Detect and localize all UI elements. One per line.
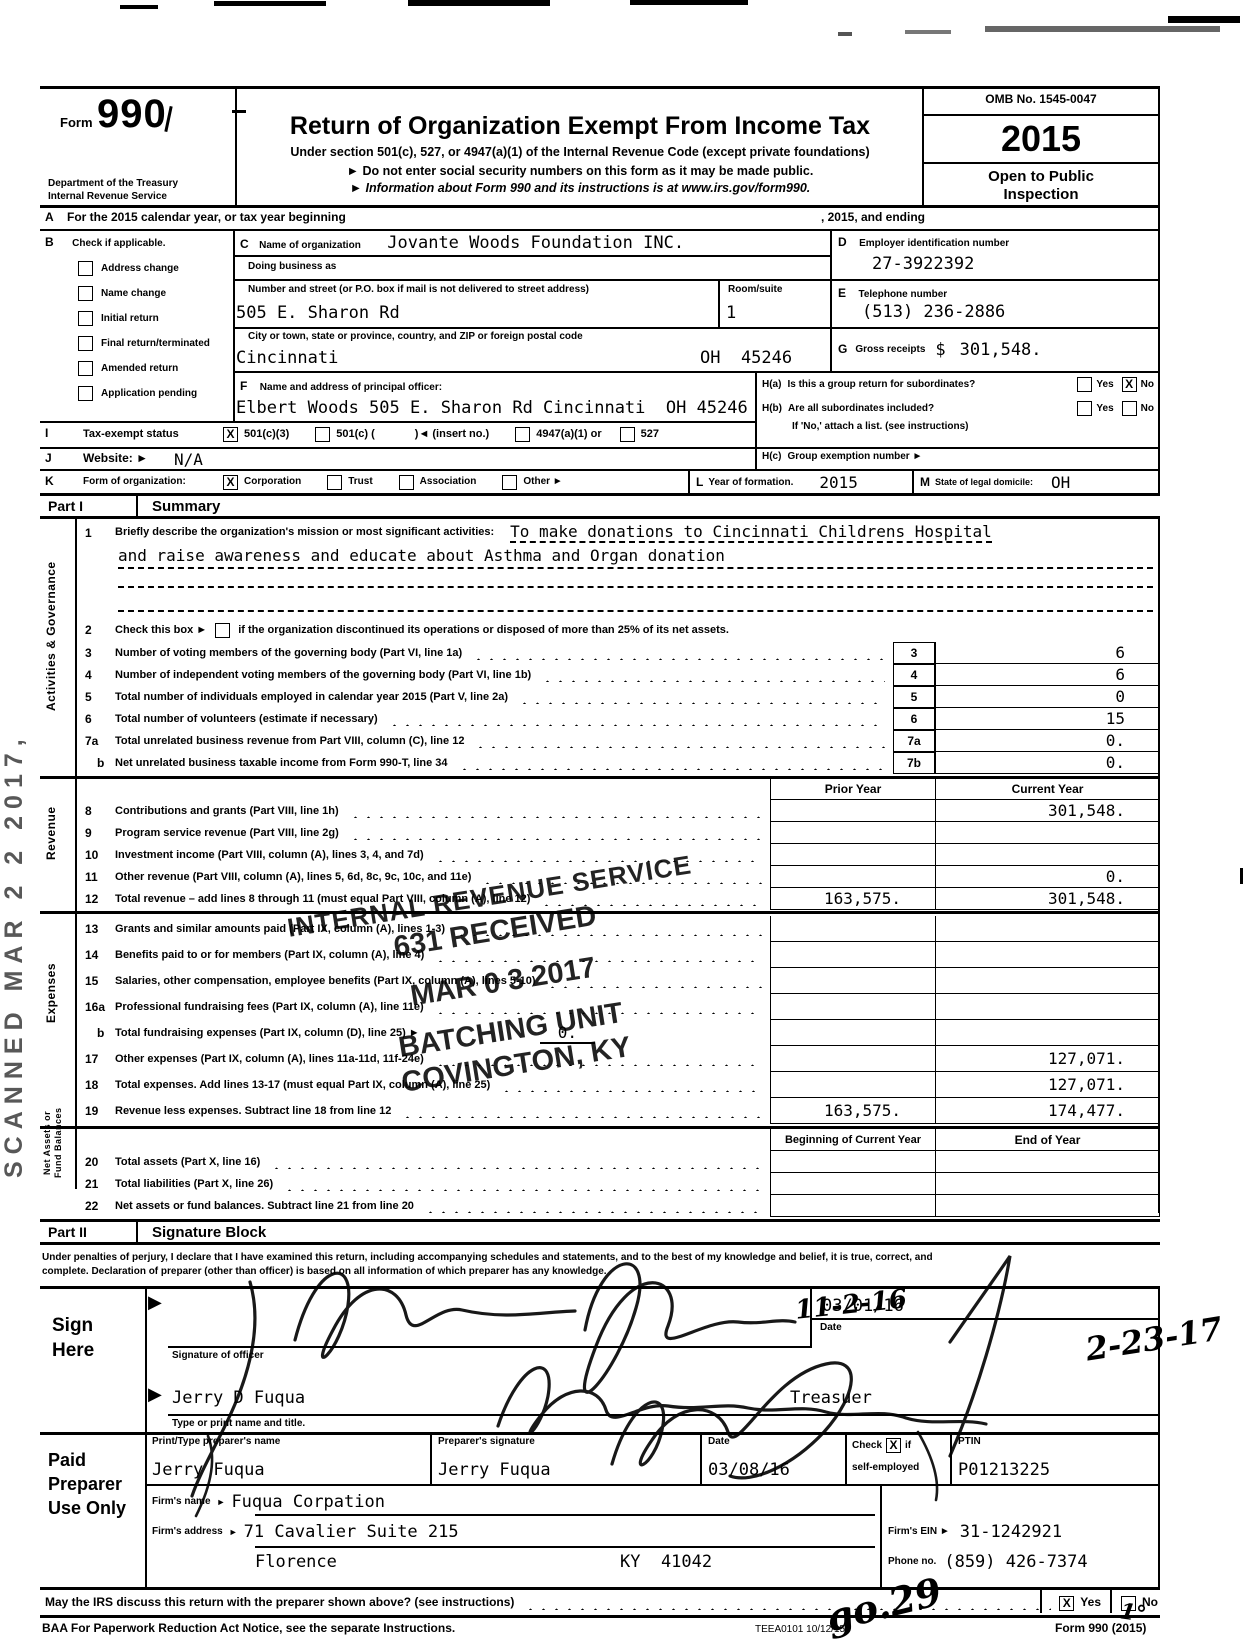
- dept-treasury: Department of the Treasury: [48, 178, 178, 190]
- website-label: Website: ►: [83, 452, 148, 466]
- dot-leader: [516, 690, 885, 704]
- legal-domicile: M State of legal domicile: OH: [920, 473, 1070, 492]
- inspection: Inspection: [922, 186, 1160, 203]
- row-a-text2: , 2015, and ending: [821, 211, 925, 225]
- ha-row: H(a) Is this a group return for subordin…: [762, 377, 1154, 392]
- net-line-20: 20 Total assets (Part X, line 16): [85, 1151, 1160, 1173]
- check-name-change: Name change: [78, 281, 210, 306]
- check-amended-return: Amended return: [78, 356, 210, 381]
- application-pending-checkbox[interactable]: [78, 386, 93, 401]
- preparer-name-label: Print/Type preparer's name: [152, 1436, 280, 1448]
- status-527-checkbox[interactable]: [620, 427, 635, 442]
- status-501c-checkbox[interactable]: [315, 427, 330, 442]
- discontinued-label: if the organization discontinued its ope…: [238, 624, 729, 637]
- officer-typed-name[interactable]: Jerry D Fuqua: [172, 1388, 305, 1408]
- prior-value[interactable]: 163,575.: [770, 1098, 935, 1124]
- self-employed-checkbox[interactable]: X: [886, 1438, 901, 1453]
- ptin-value[interactable]: P01213225: [958, 1460, 1050, 1480]
- corporation-label: Corporation: [244, 476, 301, 488]
- net-line-22: 22 Net assets or fund balances. Subtract…: [85, 1195, 1160, 1217]
- year-formation-label: Year of formation.: [708, 477, 793, 489]
- line-box-number: 6: [893, 708, 935, 730]
- self-employed-label: self-employed: [852, 1462, 919, 1474]
- dot-leader: [347, 826, 762, 840]
- line-number: 9: [85, 826, 115, 840]
- summary-line-7b: b Net unrelated business taxable income …: [85, 752, 1160, 774]
- insert-no-label: )◄ (insert no.): [415, 428, 489, 441]
- section-b-letter: B: [45, 235, 54, 249]
- line-number: 19: [85, 1104, 115, 1118]
- summary-line-3: 3 Number of voting members of the govern…: [85, 642, 1160, 664]
- preparer-name-value[interactable]: Jerry Fuqua: [152, 1460, 265, 1480]
- scan-artifact: [838, 32, 852, 36]
- use-only-label: Use Only: [48, 1498, 126, 1519]
- balance-columns-header: Beginning of Current Year End of Year: [770, 1129, 1160, 1151]
- section-b: B Check if applicable.: [45, 233, 166, 251]
- firm-ein-row: Firm's EIN ► 31-1242921: [888, 1522, 1062, 1542]
- form-990-page: Form 990 Department of the Treasury Inte…: [0, 0, 1248, 1647]
- row-a: A For the 2015 calendar year, or tax yea…: [45, 209, 1155, 227]
- line-number: 20: [85, 1155, 115, 1169]
- summary-line-5: 5 Total number of individuals employed i…: [85, 686, 1160, 708]
- part1-title: Summary: [138, 496, 220, 516]
- begin-value[interactable]: [770, 1151, 935, 1173]
- hb-question: Are all subordinates included?: [788, 403, 1077, 415]
- sign-arrow-1: ▶: [148, 1292, 162, 1313]
- ha-no-checkbox[interactable]: X: [1122, 377, 1137, 392]
- signature-officer-label: Signature of officer: [172, 1350, 264, 1362]
- dba-label: Doing business as: [248, 261, 336, 273]
- line-6-value[interactable]: 15: [935, 708, 1160, 730]
- summary-line-6: 6 Total number of volunteers (estimate i…: [85, 708, 1160, 730]
- begin-value[interactable]: [770, 1195, 935, 1217]
- section-d-letter: D: [838, 235, 847, 249]
- line-box-number: 5: [893, 686, 935, 708]
- prior-year-header: Prior Year: [770, 778, 935, 800]
- hb-yes-checkbox[interactable]: [1077, 401, 1092, 416]
- check-self-employed-row: Check X if: [852, 1438, 911, 1453]
- end-value[interactable]: [935, 1173, 1160, 1195]
- association-checkbox[interactable]: [399, 475, 414, 490]
- scan-artifact: [1168, 16, 1240, 23]
- current-value[interactable]: [935, 994, 1160, 1020]
- line-number: b: [85, 1026, 115, 1040]
- other-checkbox[interactable]: [502, 475, 517, 490]
- dot-leader: [281, 1177, 762, 1191]
- end-year-header: End of Year: [935, 1129, 1160, 1151]
- officer-signature-2-stroke: [498, 1368, 986, 1433]
- net-line-21: 21 Total liabilities (Part X, line 26): [85, 1173, 1160, 1195]
- checklist-b: Address change Name change Initial retur…: [78, 256, 210, 406]
- room-suite-label: Room/suite: [728, 284, 782, 296]
- expense-line-19: 19 Revenue less expenses. Subtract line …: [85, 1098, 1160, 1124]
- dot-leader: [386, 712, 885, 726]
- officer-date-label: Date: [820, 1322, 842, 1334]
- hc-letter: H(c): [762, 451, 781, 463]
- principal-officer-row: F Name and address of principal officer:: [240, 377, 442, 395]
- revenue-line-8: 8 Contributions and grants (Part VIII, l…: [85, 800, 1160, 822]
- address-change-checkbox[interactable]: [78, 261, 93, 276]
- ha-yes-checkbox[interactable]: [1077, 377, 1092, 392]
- line-number: 14: [85, 948, 115, 962]
- current-value[interactable]: 301,548.: [935, 800, 1160, 822]
- line-1-number: 1: [85, 526, 115, 540]
- line-label: Other revenue (Part VIII, column (A), li…: [115, 871, 471, 884]
- officer-signature-stroke: [584, 1264, 795, 1392]
- org-name-row: C Name of organization Jovante Woods Fou…: [240, 233, 684, 253]
- line-number: 21: [85, 1177, 115, 1191]
- beginning-year-header: Beginning of Current Year: [770, 1129, 935, 1151]
- tax-exempt-row: I Tax-exempt status X 501(c)(3) 501(c) (…: [45, 425, 659, 443]
- mission-label: Briefly describe the organization's miss…: [115, 526, 494, 539]
- trust-checkbox[interactable]: [327, 475, 342, 490]
- section-e-letter: E: [838, 286, 846, 300]
- ptin-label: PTIN: [958, 1436, 981, 1448]
- dot-leader: [399, 1104, 762, 1118]
- summary-line-4: 4 Number of independent voting members o…: [85, 664, 1160, 686]
- prior-value[interactable]: [770, 1072, 935, 1098]
- irs-label: Internal Revenue Service: [48, 191, 167, 203]
- handwritten-note: go.29: [821, 1568, 946, 1640]
- discuss-row: May the IRS discuss this return with the…: [45, 1592, 1158, 1614]
- current-value[interactable]: 0.: [935, 866, 1160, 888]
- check-label: Application pending: [101, 388, 197, 400]
- sidebar-activities-governance: Activities & Governance: [44, 524, 70, 749]
- summary-line-7a: 7a Total unrelated business revenue from…: [85, 730, 1160, 752]
- line-label: Total liabilities (Part X, line 26): [115, 1178, 273, 1191]
- line-box-number: 3: [893, 642, 935, 664]
- form-title: Return of Organization Exempt From Incom…: [240, 112, 920, 141]
- dollar-sign: $: [935, 340, 945, 360]
- hb-yes-label: Yes: [1096, 403, 1113, 415]
- line-number: 18: [85, 1078, 115, 1092]
- firm-ein-value[interactable]: 31-1242921: [960, 1522, 1062, 1542]
- row-m-letter: M: [920, 476, 930, 490]
- gross-receipts-row: G Gross receipts $ 301,548.: [838, 340, 1042, 360]
- line-label: Program service revenue (Part VIII, line…: [115, 827, 339, 840]
- baa-notice: BAA For Paperwork Reduction Act Notice, …: [42, 1622, 455, 1636]
- line-number: 7a: [85, 734, 115, 748]
- org-form-label: Form of organization:: [83, 476, 223, 488]
- final-return-checkbox[interactable]: [78, 336, 93, 351]
- firm-phone-label: Phone no.: [888, 1556, 936, 1568]
- line-number: 12: [85, 892, 115, 906]
- scanned-date-stamp: SCANNED MAR 2 2 2017,: [0, 742, 36, 1178]
- scan-artifact: [1240, 868, 1243, 884]
- status-501c3-checkbox[interactable]: X: [223, 427, 238, 442]
- part1-label: Part I: [40, 496, 138, 516]
- form-word: Form: [60, 115, 93, 130]
- line-7a-value[interactable]: 0.: [935, 730, 1160, 752]
- principal-officer-value[interactable]: Elbert Woods 505 E. Sharon Rd Cincinnati…: [236, 398, 748, 418]
- check-application-pending: Application pending: [78, 381, 210, 406]
- line-number: 6: [85, 712, 115, 726]
- check-label: Amended return: [101, 363, 178, 375]
- dot-leader: [522, 1596, 1051, 1610]
- dot-leader: [498, 1078, 762, 1092]
- line-label: Number of independent voting members of …: [115, 669, 531, 682]
- line-number: 16a: [85, 1000, 115, 1014]
- prior-value[interactable]: [770, 942, 935, 968]
- mission-row-2[interactable]: and raise awareness and educate about As…: [118, 546, 1153, 569]
- row-a-letter: A: [45, 211, 67, 225]
- begin-value[interactable]: [770, 1173, 935, 1195]
- row-a-text: For the 2015 calendar year, or tax year …: [67, 211, 346, 225]
- current-value[interactable]: [935, 822, 1160, 844]
- ha-question: Is this a group return for subordinates?: [787, 379, 1077, 391]
- hb-no-label: No: [1141, 403, 1154, 415]
- line-number: 22: [85, 1199, 115, 1213]
- check-label: Initial return: [101, 313, 159, 325]
- dot-leader: [456, 756, 885, 770]
- perjury-line-1: Under penalties of perjury, I declare th…: [42, 1252, 1152, 1264]
- prior-value[interactable]: 163,575.: [770, 888, 935, 910]
- prior-value[interactable]: [770, 916, 935, 942]
- ha-no-label: No: [1141, 379, 1154, 391]
- firm-name-row: Firm's name ► Fuqua Corpation: [152, 1492, 385, 1512]
- firm-address-label: Firm's address: [152, 1526, 223, 1538]
- line-3-value[interactable]: 6: [935, 642, 1160, 664]
- name-change-checkbox[interactable]: [78, 286, 93, 301]
- room-suite-value[interactable]: 1: [726, 303, 736, 323]
- line-box-number: 4: [893, 664, 935, 686]
- section-g-letter: G: [838, 343, 847, 357]
- part1-bar: Part I Summary: [40, 493, 1160, 519]
- prior-value[interactable]: [770, 1020, 935, 1046]
- line-5-value[interactable]: 0: [935, 686, 1160, 708]
- dot-leader: [470, 646, 885, 660]
- line-label: Net assets or fund balances. Subtract li…: [115, 1200, 414, 1213]
- end-value[interactable]: [935, 1195, 1160, 1217]
- line-number: 5: [85, 690, 115, 704]
- city-label: City or town, state or province, country…: [248, 331, 583, 343]
- line-number: b: [85, 756, 115, 770]
- preparer-date-value[interactable]: 03/08/16: [708, 1460, 790, 1480]
- association-label: Association: [420, 476, 477, 488]
- corporation-checkbox[interactable]: X: [223, 475, 238, 490]
- gross-receipts-value[interactable]: 301,548.: [960, 340, 1042, 360]
- sidebar-expenses: Expenses: [44, 893, 70, 1093]
- mission-row-1: 1 Briefly describe the organization's mi…: [85, 522, 1153, 543]
- hb-note: If 'No,' attach a list. (see instruction…: [792, 421, 968, 433]
- hb-letter: H(b): [762, 403, 782, 415]
- line-4-value[interactable]: 6: [935, 664, 1160, 686]
- dot-leader: [347, 804, 762, 818]
- current-year-header: Current Year: [935, 778, 1160, 800]
- initial-return-checkbox[interactable]: [78, 311, 93, 326]
- discuss-yes-checkbox[interactable]: X: [1059, 1596, 1074, 1611]
- status-527-label: 527: [641, 428, 659, 441]
- form-bullet-2: ► Information about Form 990 and its ins…: [240, 181, 920, 195]
- form-bullet-1: ► Do not enter social security numbers o…: [240, 164, 920, 178]
- line-7b-value[interactable]: 0.: [935, 752, 1160, 774]
- ein-value[interactable]: 27-3922392: [872, 254, 974, 274]
- legal-domicile-value[interactable]: OH: [1051, 473, 1070, 492]
- check-if-label: if: [905, 1440, 911, 1452]
- scan-artifact: [985, 26, 1220, 32]
- amended-return-checkbox[interactable]: [78, 361, 93, 376]
- end-value[interactable]: [935, 1151, 1160, 1173]
- current-value[interactable]: 301,548.: [935, 888, 1160, 910]
- current-value[interactable]: 174,477.: [935, 1098, 1160, 1124]
- firm-name-value[interactable]: Fuqua Corpation: [231, 1492, 385, 1512]
- type-print-label: Type or print name and title.: [172, 1418, 305, 1430]
- hc-label: Group exemption number ►: [787, 451, 922, 463]
- street-label: Number and street (or P.O. box if mail i…: [248, 284, 589, 296]
- dot-leader: [539, 668, 885, 682]
- line-label: Contributions and grants (Part VIII, lin…: [115, 805, 339, 818]
- officer-title[interactable]: Treasuer: [790, 1388, 872, 1408]
- year-formation-value[interactable]: 2015: [819, 473, 858, 492]
- status-4947-checkbox[interactable]: [515, 427, 530, 442]
- principal-officer-label: Name and address of principal officer:: [260, 382, 442, 393]
- sign-label: Sign: [52, 1315, 93, 1337]
- prior-value[interactable]: [770, 994, 935, 1020]
- form-subtitle: Under section 501(c), 527, or 4947(a)(1)…: [240, 145, 920, 159]
- year-columns-header: Prior Year Current Year: [770, 778, 1160, 800]
- mission-value-1[interactable]: To make donations to Cincinnati Children…: [510, 522, 992, 543]
- status-501c-label: 501(c) (: [336, 428, 375, 441]
- part2-title: Signature Block: [138, 1222, 266, 1242]
- mission-blank-line-2[interactable]: [118, 610, 1153, 612]
- mission-value-2[interactable]: and raise awareness and educate about As…: [118, 546, 725, 565]
- current-value[interactable]: [935, 844, 1160, 866]
- discontinued-checkbox[interactable]: [215, 623, 230, 638]
- street-value[interactable]: 505 E. Sharon Rd: [236, 303, 400, 323]
- year-formation: L Year of formation. 2015: [696, 473, 858, 492]
- current-value[interactable]: [935, 1020, 1160, 1046]
- line-number: 15: [85, 974, 115, 988]
- dot-leader: [472, 734, 885, 748]
- other-label: Other ►: [523, 476, 562, 488]
- sidebar-revenue: Revenue: [44, 779, 70, 887]
- check-label: Address change: [101, 263, 179, 275]
- hc-row: H(c) Group exemption number ►: [762, 451, 922, 463]
- preparer-signature-label: Preparer's signature: [438, 1436, 535, 1448]
- current-value[interactable]: 127,071.: [935, 1046, 1160, 1072]
- check-final-return: Final return/terminated: [78, 331, 210, 356]
- line-box-number: 7b: [893, 752, 935, 774]
- discuss-yes-label: Yes: [1080, 1596, 1101, 1610]
- phone-row: Phone no. (859) 426-7374: [888, 1552, 1088, 1572]
- sidebar-net-assets: Net Assets or Fund Balances: [42, 1099, 72, 1187]
- dot-leader: [422, 1199, 762, 1213]
- prior-value[interactable]: [770, 1046, 935, 1072]
- firm-state-zip-value[interactable]: KY 41042: [620, 1552, 712, 1572]
- firm-address-value[interactable]: 71 Cavalier Suite 215: [244, 1522, 459, 1542]
- firm-name-label: Firm's name: [152, 1496, 211, 1508]
- sign-arrow-2: ▶: [148, 1384, 162, 1405]
- current-value[interactable]: [935, 942, 1160, 968]
- gross-receipts-label: Gross receipts: [855, 344, 925, 356]
- status-501c3-label: 501(c)(3): [244, 428, 289, 441]
- line-2-number: 2: [85, 623, 115, 637]
- org-form-row: K Form of organization: X Corporation Tr…: [45, 473, 563, 491]
- line-number: 4: [85, 668, 115, 682]
- current-value[interactable]: [935, 916, 1160, 942]
- state-zip-value[interactable]: OH 45246: [700, 348, 792, 368]
- row-i-letter: I: [45, 427, 83, 441]
- form-title-block: Return of Organization Exempt From Incom…: [240, 112, 920, 195]
- discontinued-row: 2 Check this box ► if the organization d…: [85, 620, 1153, 640]
- form-number: 990: [97, 92, 167, 136]
- ein-label-row: D Employer identification number: [838, 233, 1009, 251]
- line-number: 13: [85, 922, 115, 936]
- part2-bar: Part II Signature Block: [40, 1219, 1160, 1245]
- ha-yes-label: Yes: [1096, 379, 1113, 391]
- line-label: Number of voting members of the governin…: [115, 647, 462, 660]
- phone-value[interactable]: (513) 236-2886: [862, 302, 1005, 322]
- prior-value[interactable]: [770, 866, 935, 888]
- line-number: 3: [85, 646, 115, 660]
- city-value[interactable]: Cincinnati: [236, 348, 338, 368]
- check-label: Check: [852, 1440, 882, 1452]
- discuss-label: May the IRS discuss this return with the…: [45, 1596, 514, 1610]
- firm-phone-value[interactable]: (859) 426-7374: [944, 1552, 1087, 1572]
- check-initial-return: Initial return: [78, 306, 210, 331]
- scan-artifact: [120, 5, 158, 9]
- current-value[interactable]: 127,071.: [935, 1072, 1160, 1098]
- line-label: Investment income (Part VIII, column (A)…: [115, 849, 424, 862]
- prior-value[interactable]: [770, 844, 935, 866]
- preparer-ink-stroke: [918, 1432, 937, 1500]
- line-label: Net unrelated business taxable income fr…: [115, 757, 448, 770]
- check-label: Final return/terminated: [101, 338, 210, 350]
- ha-letter: H(a): [762, 379, 781, 391]
- line-box-number: 7a: [893, 730, 935, 752]
- section-b-title: Check if applicable.: [72, 238, 165, 249]
- perjury-line-2: complete. Declaration of preparer (other…: [42, 1266, 1152, 1278]
- org-name-value[interactable]: Jovante Woods Foundation INC.: [387, 233, 684, 253]
- line-label: Total unrelated business revenue from Pa…: [115, 735, 464, 748]
- open-to-public: Open to Public: [922, 168, 1160, 185]
- check-label: Name change: [101, 288, 166, 300]
- scan-artifact: [630, 0, 748, 5]
- prior-value[interactable]: [770, 822, 935, 844]
- firm-city-value[interactable]: Florence: [255, 1552, 337, 1572]
- revenue-line-9: 9 Program service revenue (Part VIII, li…: [85, 822, 1160, 844]
- firm-ein-label: Firm's EIN ►: [888, 1526, 950, 1538]
- row-k-letter: K: [45, 475, 83, 489]
- line-label: Total assets (Part X, line 16): [115, 1156, 260, 1169]
- line-label: Total number of volunteers (estimate if …: [115, 713, 378, 726]
- mission-blank-line-1[interactable]: [118, 586, 1153, 588]
- firm-address-arrow: ►: [229, 1527, 238, 1537]
- omb-number: OMB No. 1545-0047: [922, 93, 1160, 107]
- current-value[interactable]: [935, 968, 1160, 994]
- section-f-letter: F: [240, 379, 247, 393]
- scan-artifact: [905, 30, 951, 34]
- website-value[interactable]: N/A: [174, 450, 203, 469]
- prior-value[interactable]: [770, 800, 935, 822]
- row-l-letter: L: [696, 476, 703, 490]
- form-number-block: Form 990: [60, 92, 167, 137]
- hb-no-checkbox[interactable]: [1122, 401, 1137, 416]
- handwritten-mark: 1°: [1118, 1598, 1148, 1627]
- scan-artifact: [408, 0, 550, 6]
- website-row: J Website: ► N/A: [45, 450, 203, 468]
- hb-row: H(b) Are all subordinates included? Yes …: [762, 401, 1154, 416]
- phone-label-row: E Telephone number: [838, 284, 947, 302]
- status-4947-label: 4947(a)(1) or: [536, 428, 601, 441]
- part2-label: Part II: [40, 1222, 138, 1242]
- preparer-signature-value[interactable]: Jerry Fuqua: [438, 1460, 551, 1480]
- ein-label: Employer identification number: [859, 238, 1009, 249]
- prior-value[interactable]: [770, 968, 935, 994]
- dot-leader: [268, 1155, 762, 1169]
- paid-label: Paid: [48, 1450, 86, 1471]
- tax-year: 2015: [922, 118, 1160, 160]
